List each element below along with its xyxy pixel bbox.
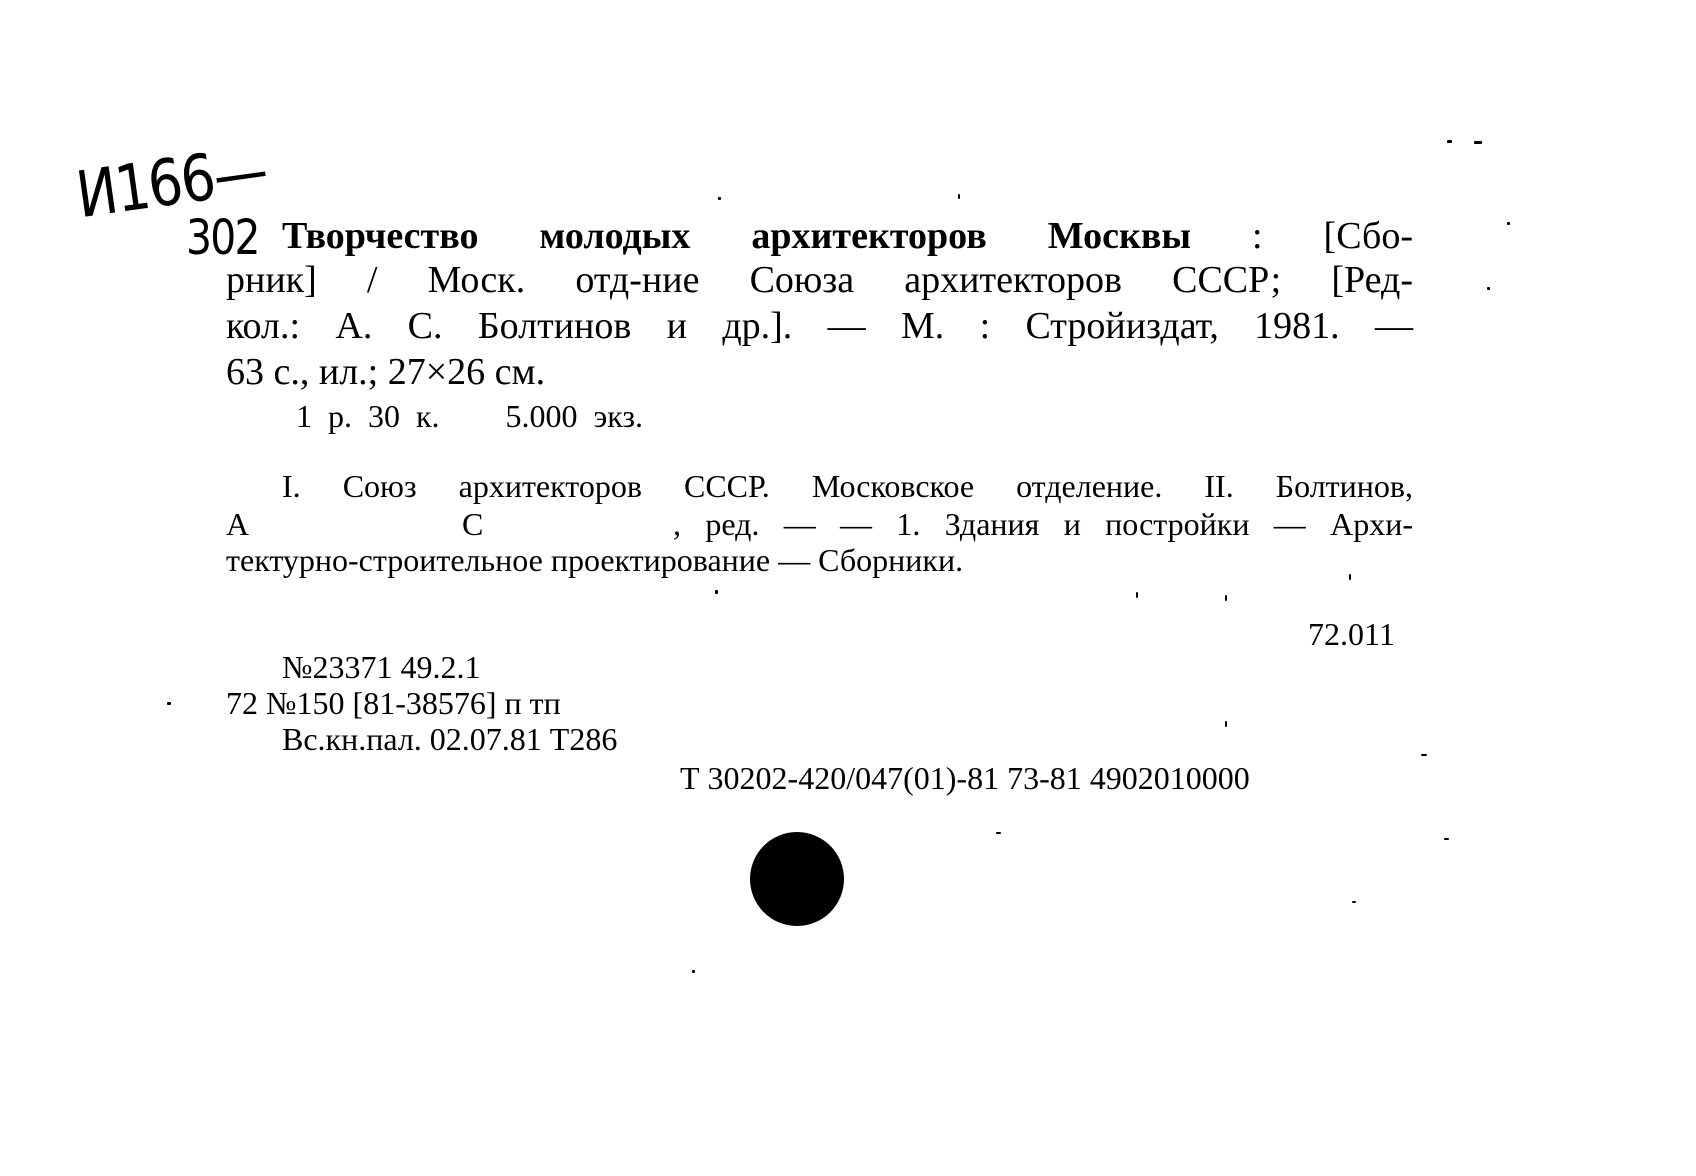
tracing-line-3: тектурно-строительное проектирование — С… [226, 542, 963, 578]
catalog-card: И166— 302 Творчество молодых архитекторо… [0, 0, 1696, 1176]
scan-speck [1487, 287, 1490, 290]
technical-line-4: Т 30202-420/047(01)-81 73-81 4902010000 [680, 756, 1250, 800]
scan-speck [958, 194, 960, 199]
tracing-line-1: I. Союз архитекторов СССР. Московское от… [282, 468, 1413, 504]
technical-line-3: Вс.кн.пал. 02.07.81 Т286 [282, 717, 617, 761]
tracing-line-2-rest: , ред. — — 1. Здания и постройки — Архи- [673, 506, 1413, 542]
scan-speck [1447, 140, 1452, 143]
scan-speck [167, 702, 171, 705]
tracing-initial-a: А [226, 506, 249, 542]
description-line-1-rest: : [Сбо- [1252, 215, 1413, 257]
card-punch-hole [750, 832, 844, 926]
scan-speck [1444, 838, 1449, 840]
scan-speck [715, 590, 718, 594]
scan-speck [1352, 901, 1356, 903]
scan-speck [1507, 222, 1510, 225]
price-line: 1 р. 30 к. 5.000 экз. [296, 398, 693, 434]
tracing-initial-c: С [462, 506, 483, 542]
scan-speck [996, 832, 1001, 834]
price: 1 р. 30 к. [296, 398, 440, 434]
scan-speck [1349, 574, 1351, 580]
scan-speck [1421, 754, 1427, 756]
udc-number: 72.011 [1308, 612, 1395, 656]
scan-speck [1474, 141, 1482, 144]
physical-description: 63 с., ил.; 27×26 см. [226, 350, 545, 394]
scan-speck [1225, 721, 1227, 727]
scan-speck [1136, 592, 1138, 598]
scan-speck [692, 970, 695, 973]
description-line-3: кол.: А. С. Болтинов и др.]. — М. : Стро… [226, 304, 1413, 348]
scan-speck [718, 197, 721, 200]
book-title: Творчество молодых архитекторов Москвы [282, 215, 1191, 257]
scan-speck [1225, 595, 1227, 601]
description-line-1: Творчество молодых архитекторов Москвы :… [282, 214, 1413, 258]
description-line-2: рник] / Моск. отд-ние Союза архитекторов… [226, 258, 1413, 302]
print-run: 5.000 экз. [506, 398, 644, 434]
